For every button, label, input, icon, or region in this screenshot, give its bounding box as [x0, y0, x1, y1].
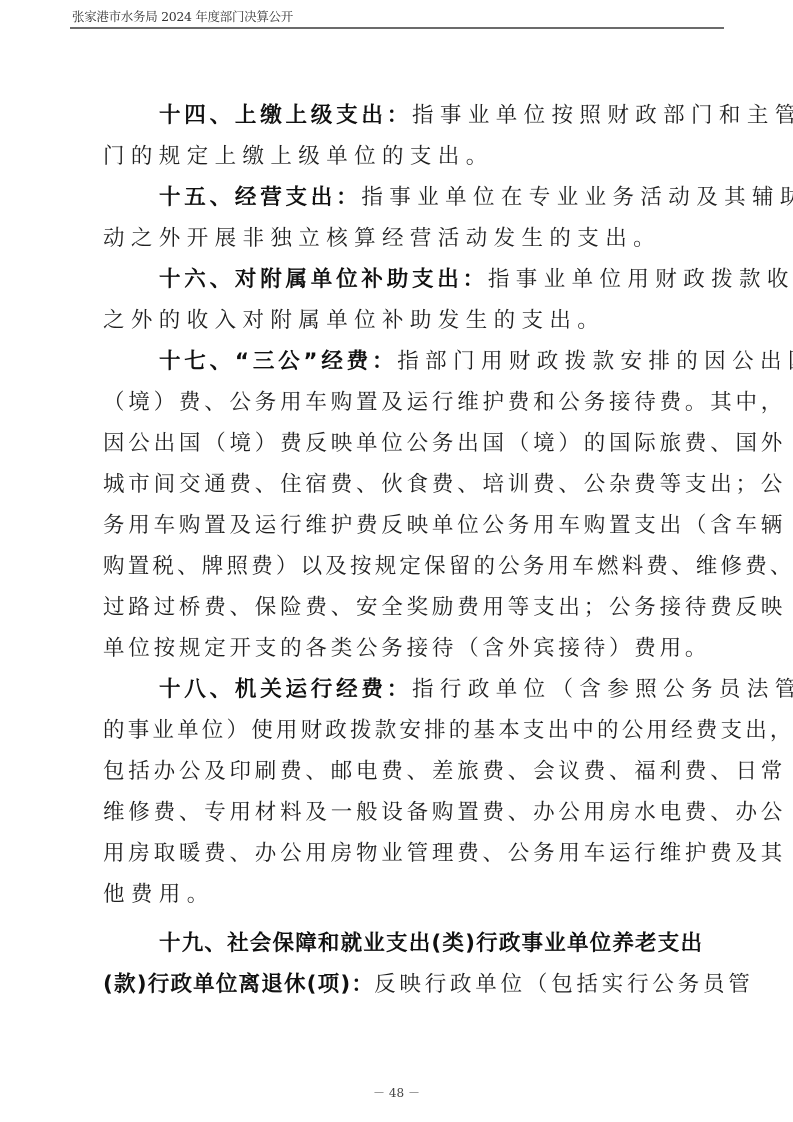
term-heading: 十五、经营支出：	[159, 185, 361, 210]
term-heading: 十七、“三公”经费：	[159, 349, 397, 374]
paragraph-19-line-1: 十九、社会保障和就业支出(类)行政事业单位养老支出	[103, 923, 693, 964]
term-heading: (款)行政单位离退休(项)：	[103, 972, 374, 997]
paragraph-17-line-4: 城市间交通费、住宿费、伙食费、培训费、公杂费等支出；公	[103, 464, 693, 505]
paragraph-16-line-1: 十六、对附属单位补助支出：指事业单位用财政拨款收入	[103, 259, 693, 300]
paragraph-18-line-1: 十八、机关运行经费：指行政单位（含参照公务员法管理	[103, 669, 693, 710]
document-title: 张家港市水务局 2024 年度部门决算公开	[72, 9, 293, 25]
paragraph-17-line-8: 单位按规定开支的各类公务接待（含外宾接待）费用。	[103, 628, 693, 669]
document-body: 十四、上缴上级支出：指事业单位按照财政部门和主管部 门的规定上缴上级单位的支出。…	[103, 95, 693, 1005]
header-divider	[70, 27, 724, 29]
paragraph-17-line-6: 购置税、牌照费）以及按规定保留的公务用车燃料费、维修费、	[103, 546, 693, 587]
paragraph-18-line-5: 用房取暖费、办公用房物业管理费、公务用车运行维护费及其	[103, 833, 693, 874]
paragraph-16-line-2: 之外的收入对附属单位补助发生的支出。	[103, 300, 693, 341]
term-heading: 十六、对附属单位补助支出：	[159, 267, 488, 292]
paragraph-text: 指行政单位（含参照公务员法管理	[412, 677, 793, 702]
paragraph-text: 指事业单位在专业业务活动及其辅助活	[361, 185, 793, 210]
paragraph-17-line-3: 因公出国（境）费反映单位公务出国（境）的国际旅费、国外	[103, 423, 693, 464]
paragraph-15-line-2: 动之外开展非独立核算经营活动发生的支出。	[103, 218, 693, 259]
page-number: － 48 －	[0, 1084, 793, 1101]
paragraph-17-line-5: 务用车购置及运行维护费反映单位公务用车购置支出（含车辆	[103, 505, 693, 546]
term-heading: 十九、社会保障和就业支出(类)行政事业单位养老支出	[159, 931, 703, 956]
paragraph-17-line-2: （境）费、公务用车购置及运行维护费和公务接待费。其中，	[103, 382, 693, 423]
paragraph-18-line-4: 维修费、专用材料及一般设备购置费、办公用房水电费、办公	[103, 792, 693, 833]
term-heading: 十四、上缴上级支出：	[159, 103, 412, 128]
paragraph-18-line-6: 他费用。	[103, 874, 693, 915]
term-heading: 十八、机关运行经费：	[159, 677, 412, 702]
paragraph-text: 指事业单位用财政拨款收入	[488, 267, 793, 292]
paragraph-14-line-2: 门的规定上缴上级单位的支出。	[103, 136, 693, 177]
paragraph-18-line-3: 包括办公及印刷费、邮电费、差旅费、会议费、福利费、日常	[103, 751, 693, 792]
paragraph-19-line-2: (款)行政单位离退休(项)：反映行政单位（包括实行公务员管	[103, 964, 693, 1005]
paragraph-text: 反映行政单位（包括实行公务员管	[374, 972, 754, 997]
paragraph-17-line-7: 过路过桥费、保险费、安全奖励费用等支出；公务接待费反映	[103, 587, 693, 628]
paragraph-15-line-1: 十五、经营支出：指事业单位在专业业务活动及其辅助活	[103, 177, 693, 218]
paragraph-text: 指事业单位按照财政部门和主管部	[412, 103, 793, 128]
paragraph-18-line-2: 的事业单位）使用财政拨款安排的基本支出中的公用经费支出，	[103, 710, 693, 751]
paragraph-text: 指部门用财政拨款安排的因公出国	[397, 349, 793, 374]
paragraph-17-line-1: 十七、“三公”经费：指部门用财政拨款安排的因公出国	[103, 341, 693, 382]
paragraph-14-line-1: 十四、上缴上级支出：指事业单位按照财政部门和主管部	[103, 95, 693, 136]
page-header: 张家港市水务局 2024 年度部门决算公开	[70, 9, 724, 29]
